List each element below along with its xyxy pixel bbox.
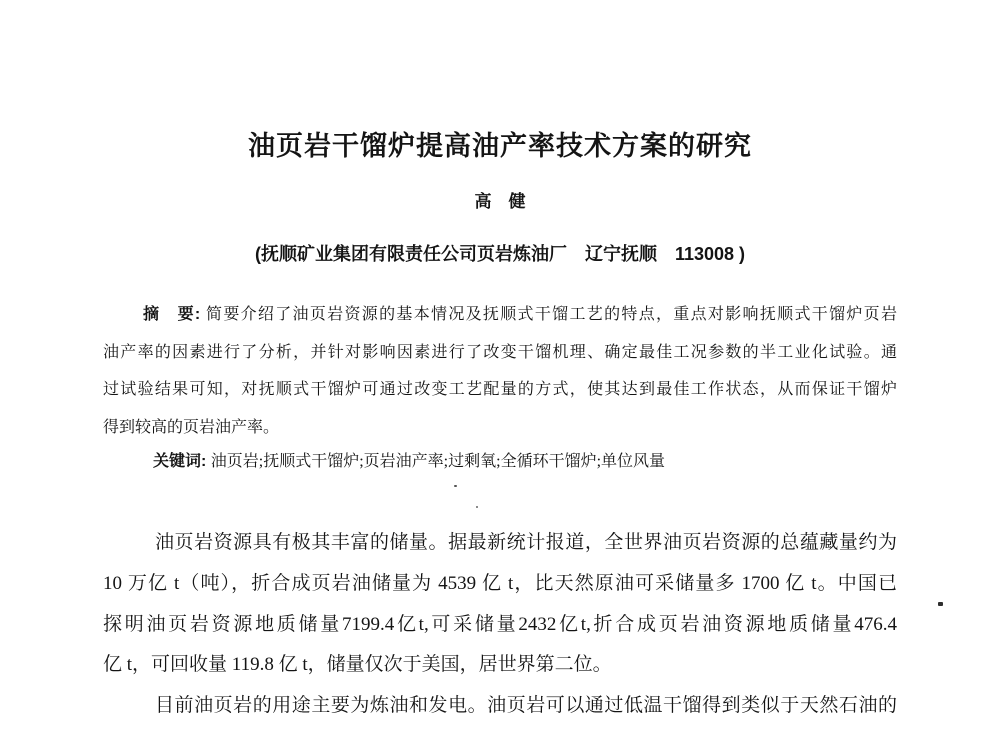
author-name: 高 健 [0, 190, 1000, 214]
paper-title: 油页岩干馏炉提高油产率技术方案的研究 [0, 128, 1000, 164]
ink-speck [476, 506, 478, 508]
abstract-line: 油产率的因素进行了分析，并针对影响因素进行了改变干馏机理、确定最佳工况参数的半工… [103, 334, 897, 372]
body-text: 油页岩资源具有极其丰富的储量。据最新统计报道，全世界油页岩资源的总蕴藏量约为 1… [103, 523, 897, 727]
ink-speck [454, 485, 457, 487]
scanned-paper-page: 油页岩干馏炉提高油产率技术方案的研究 高 健 (抚顺矿业集团有限责任公司页岩炼油… [0, 0, 1000, 740]
affiliation: (抚顺矿业集团有限责任公司页岩炼油厂 辽宁抚顺 113008 ) [0, 241, 1000, 267]
abstract-line: 得到较高的页岩油产率。 [103, 409, 897, 447]
ink-speck [938, 602, 943, 606]
body-line: 油页岩资源具有极其丰富的储量。据最新统计报道，全世界油页岩资源的总蕴藏量约为 [103, 523, 897, 564]
abstract-section: 摘 要: 简要介绍了油页岩资源的基本情况及抚顺式干馏工艺的特点，重点对影响抚顺式… [103, 296, 897, 446]
body-line: 亿 t，可回收量 119.8 亿 t，储量仅次于美国，居世界第二位。 [103, 645, 897, 686]
abstract-line: 过试验结果可知，对抚顺式干馏炉可通过改变工艺配量的方式，使其达到最佳工作状态，从… [103, 371, 897, 409]
keywords-line: 关键词: 油页岩;抚顺式干馏炉;页岩油产率;过剩氧;全循环干馏炉;单位风量 [103, 449, 897, 475]
body-line: 目前油页岩的用途主要为炼油和发电。油页岩可以通过低温干馏得到类似于天然石油的 [103, 686, 897, 727]
abstract-text: 简要介绍了油页岩资源的基本情况及抚顺式干馏工艺的特点，重点对影响抚顺式干馏炉页岩 [206, 306, 897, 323]
body-line: 10 万亿 t（吨），折合成页岩油储量为 4539 亿 t，比天然原油可采储量多… [103, 564, 897, 605]
keywords-text: 油页岩;抚顺式干馏炉;页岩油产率;过剩氧;全循环干馏炉;单位风量 [211, 453, 665, 470]
abstract-label: 摘 要: [143, 306, 206, 323]
keywords-label: 关键词: [153, 453, 211, 470]
abstract-line: 摘 要: 简要介绍了油页岩资源的基本情况及抚顺式干馏工艺的特点，重点对影响抚顺式… [103, 296, 897, 334]
body-line: 探明油页岩资源地质储量7199.4亿t,可采储量2432亿t,折合成页岩油资源地… [103, 605, 897, 646]
